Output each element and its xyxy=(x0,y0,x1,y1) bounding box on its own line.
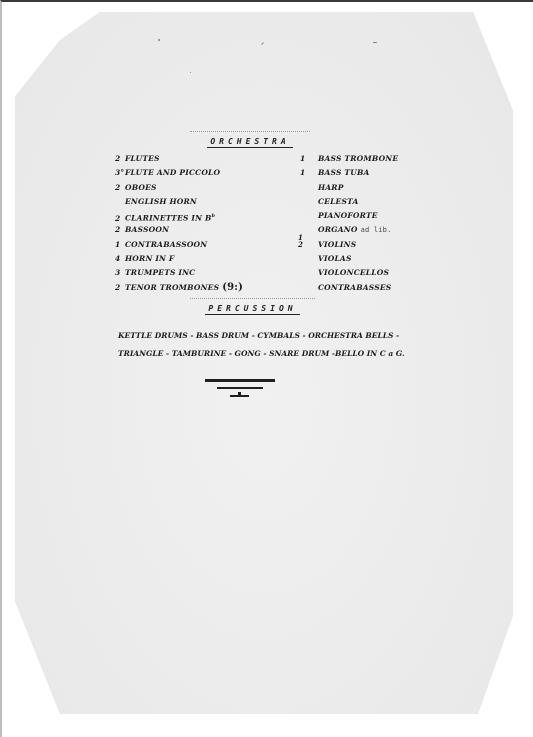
instrument-name: OBOES xyxy=(125,183,157,192)
instrument-name: VIOLONCELLOS xyxy=(318,268,389,277)
speck xyxy=(373,42,377,43)
instrument-name: TENOR TROMBONES xyxy=(125,283,219,292)
orchestra-heading-label: ORCHESTRA xyxy=(207,137,292,148)
instrument-name: FLUTES xyxy=(125,154,160,163)
instrument-name: CONTRABASSOON xyxy=(125,240,207,249)
percussion-line-2: TRIANGLE - TAMBURINE - GONG - SNARE DRUM… xyxy=(118,345,405,363)
orchestra-left-column: 2FLUTES3°FLUTE AND PICCOLO2OBOESENGLISH … xyxy=(115,152,243,295)
instrument-quantity: 1 xyxy=(300,166,318,180)
dotted-rule xyxy=(190,131,310,134)
paper-sheet xyxy=(15,12,513,714)
bass-clef-icon: (9:) xyxy=(222,282,243,293)
instrument-row: 2FLUTES xyxy=(115,152,243,166)
flat-superscript: b xyxy=(212,213,216,219)
speck xyxy=(158,39,160,41)
percussion-list: KETTLE DRUMS - BASS DRUM - CYMBALS - ORC… xyxy=(118,327,405,363)
instrument-quantity: 2 xyxy=(115,152,125,166)
instrument-quantity: 2 xyxy=(115,223,125,237)
tapered-rule-ornament-icon xyxy=(203,378,275,408)
instrument-name: BASS TROMBONE xyxy=(318,154,398,163)
instrument-row: CONTRABASSES xyxy=(300,281,398,295)
instrument-name: PIANOFORTE xyxy=(318,211,378,220)
dotted-rule xyxy=(190,298,315,301)
instrument-row: 2OBOES xyxy=(115,181,243,195)
instrument-row: 1BASS TROMBONE xyxy=(300,152,398,166)
instrument-quantity: 4 xyxy=(115,252,125,266)
instrument-row: VIOLONCELLOS xyxy=(300,266,398,280)
instrument-row: ENGLISH HORN xyxy=(115,195,243,209)
orchestra-right-column: 1BASS TROMBONE1BASS TUBAHARPCELESTAPIANO… xyxy=(300,152,398,295)
percussion-heading: PERCUSSION xyxy=(190,298,315,315)
instrument-name: VIOLINS xyxy=(318,240,356,249)
instrument-name: ORGANO xyxy=(318,225,358,234)
instrument-name: VIOLAS xyxy=(318,254,352,263)
instrument-name: CONTRABASSES xyxy=(318,283,391,292)
instrument-name: CELESTA xyxy=(318,197,358,206)
instrument-name: HARP xyxy=(318,183,344,192)
instrument-row: 2CLARINETTES IN Bb xyxy=(115,209,243,223)
instrument-quantity: 3 xyxy=(115,266,125,280)
instrument-row: 1BASS TUBA xyxy=(300,166,398,180)
instrument-row: ORGANOad lib. xyxy=(300,223,398,237)
instrument-name: FLUTE AND PICCOLO xyxy=(125,168,220,177)
instrument-quantity: 3° xyxy=(115,166,125,180)
instrument-row: 2BASSOON xyxy=(115,223,243,237)
instrument-quantity: 2 xyxy=(115,281,125,295)
percussion-line-1: KETTLE DRUMS - BASS DRUM - CYMBALS - ORC… xyxy=(118,327,405,345)
instrument-name: BASSOON xyxy=(125,225,169,234)
section-numbers: 12 xyxy=(298,234,303,248)
instrument-quantity: 2 xyxy=(115,181,125,195)
instrument-row: VIOLAS xyxy=(300,252,398,266)
instrument-row: PIANOFORTE xyxy=(300,209,398,223)
instrument-quantity: 1 xyxy=(115,238,125,252)
instrument-note: ad lib. xyxy=(361,226,392,234)
instrument-row: 1CONTRABASSOON xyxy=(115,238,243,252)
instrument-row: 3TRUMPETS INC xyxy=(115,266,243,280)
speck xyxy=(261,42,264,45)
instrument-row: 3°FLUTE AND PICCOLO xyxy=(115,166,243,180)
instrument-row: 4HORN IN F xyxy=(115,252,243,266)
instrument-name: CLARINETTES IN B xyxy=(125,214,212,223)
instrument-name: BASS TUBA xyxy=(318,168,370,177)
percussion-heading-label: PERCUSSION xyxy=(205,304,299,315)
speck xyxy=(190,72,191,73)
instrument-name: ENGLISH HORN xyxy=(125,197,197,206)
instrument-row: CELESTA xyxy=(300,195,398,209)
instrument-name: HORN IN F xyxy=(125,254,174,263)
instrument-quantity: 1 xyxy=(300,152,318,166)
instrument-row: 12VIOLINS xyxy=(300,238,398,252)
instrument-name: TRUMPETS INC xyxy=(125,268,195,277)
instrument-row: 2TENOR TROMBONES(9:) xyxy=(115,281,243,295)
orchestra-heading: ORCHESTRA xyxy=(190,131,310,148)
instrument-row: HARP xyxy=(300,181,398,195)
